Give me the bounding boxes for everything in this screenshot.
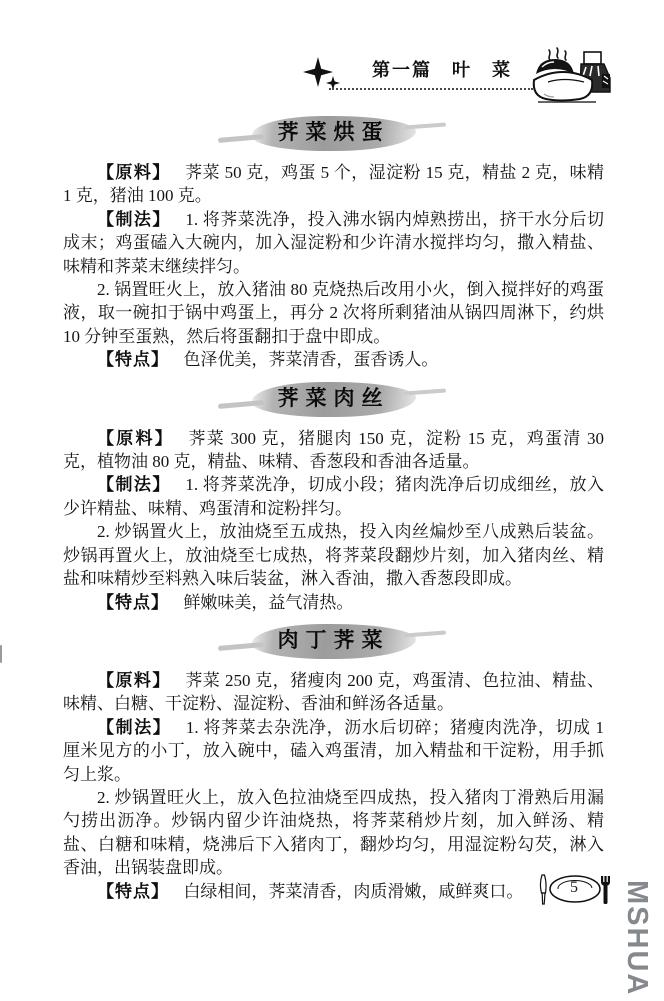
recipe: 荠菜肉丝【原料】荠菜 300 克，猪腿肉 150 克，淀粉 15 克，鸡蛋清 3… bbox=[63, 382, 604, 614]
section-label: 【原料】 bbox=[97, 163, 171, 182]
section-label: 【原料】 bbox=[97, 671, 171, 690]
paragraph-text: 2. 炒锅置旺火上，放入色拉油烧至四成热，投入猪肉丁滑熟后用漏勺捞出沥净。炒锅内… bbox=[63, 788, 604, 877]
section-label: 【制法】 bbox=[97, 718, 171, 737]
chapter-title: 第一篇 叶 菜 bbox=[346, 59, 538, 81]
recipe-paragraph: 【原料】荠菜 250 克，猪瘦肉 200 克，鸡蛋清、色拉油、精盐、味精、白糖、… bbox=[63, 669, 604, 716]
recipe-paragraph: 【制法】1. 将荠菜去杂洗净，沥水后切碎；猪瘦肉洗净，切成 1 厘米见方的小丁，… bbox=[63, 716, 604, 786]
recipe-paragraph: 【制法】1. 将荠菜洗净，切成小段；猪肉洗净后切成细丝，放入少许精盐、味精、鸡蛋… bbox=[63, 473, 604, 520]
page-number: 5 bbox=[562, 878, 586, 898]
recipe-title: 肉丁荠菜 bbox=[252, 624, 416, 659]
paragraph-text: 2. 炒锅置火上，放油烧至五成热，投入肉丝煸炒至八成熟后装盆。炒锅再置火上，放油… bbox=[63, 522, 604, 588]
scan-artifact bbox=[0, 645, 2, 663]
recipe-paragraph: 2. 炒锅置火上，放油烧至五成热，投入肉丝煸炒至八成熟后装盆。炒锅再置火上，放油… bbox=[63, 520, 604, 590]
section-label: 【制法】 bbox=[97, 210, 171, 229]
fork-icon bbox=[601, 876, 610, 904]
recipe-paragraph: 【原料】荠菜 300 克，猪腿肉 150 克，淀粉 15 克，鸡蛋清 30 克，… bbox=[63, 427, 604, 474]
book-page: 第一篇 叶 菜 bbox=[0, 0, 664, 1001]
watermark: MSHUA bbox=[620, 880, 654, 996]
recipe-title: 荠菜肉丝 bbox=[252, 382, 416, 417]
paragraph-text: 色泽优美，荠菜清香，蛋香诱人。 bbox=[183, 350, 438, 369]
recipe: 荠菜烘蛋【原料】荠菜 50 克，鸡蛋 5 个，湿淀粉 15 克，精盐 2 克，味… bbox=[63, 116, 604, 372]
section-label: 【制法】 bbox=[97, 475, 171, 494]
section-label: 【特点】 bbox=[97, 593, 169, 612]
section-label: 【特点】 bbox=[97, 350, 169, 369]
paragraph-text: 鲜嫩味美，益气清热。 bbox=[183, 593, 353, 612]
knife-icon bbox=[540, 875, 546, 904]
section-label: 【特点】 bbox=[97, 882, 169, 901]
recipe-paragraph: 【特点】白绿相间，荠菜清香，肉质滑嫩，咸鲜爽口。 bbox=[63, 880, 604, 903]
recipe-paragraph: 2. 锅置旺火上，放入猪油 80 克烧热后改用小火，倒入搅拌好的鸡蛋液，取一碗扣… bbox=[63, 278, 604, 348]
recipe-title: 荠菜烘蛋 bbox=[252, 116, 416, 151]
recipe-paragraph: 【特点】色泽优美，荠菜清香，蛋香诱人。 bbox=[63, 348, 604, 371]
recipe-paragraph: 2. 炒锅置旺火上，放入色拉油烧至四成热，投入猪肉丁滑熟后用漏勺捞出沥净。炒锅内… bbox=[63, 786, 604, 880]
recipe-paragraph: 【制法】1. 将荠菜洗净，投入沸水锅内焯熟捞出，挤干水分后切成末；鸡蛋磕入大碗内… bbox=[63, 208, 604, 278]
section-label: 【原料】 bbox=[97, 429, 174, 448]
recipe: 肉丁荠菜【原料】荠菜 250 克，猪瘦肉 200 克，鸡蛋清、色拉油、精盐、味精… bbox=[63, 624, 604, 903]
paragraph-text: 2. 锅置旺火上，放入猪油 80 克烧热后改用小火，倒入搅拌好的鸡蛋液，取一碗扣… bbox=[63, 280, 604, 346]
recipe-paragraph: 【原料】荠菜 50 克，鸡蛋 5 个，湿淀粉 15 克，精盐 2 克，味精 1 … bbox=[63, 161, 604, 208]
paragraph-text: 白绿相间，荠菜清香，肉质滑嫩，咸鲜爽口。 bbox=[183, 882, 523, 901]
page-number-plate: 5 bbox=[532, 872, 616, 908]
recipe-paragraph: 【特点】鲜嫩味美，益气清热。 bbox=[63, 591, 604, 614]
steaming-dish-illustration-icon bbox=[528, 44, 620, 106]
recipes: 荠菜烘蛋【原料】荠菜 50 克，鸡蛋 5 个，湿淀粉 15 克，精盐 2 克，味… bbox=[63, 110, 604, 913]
